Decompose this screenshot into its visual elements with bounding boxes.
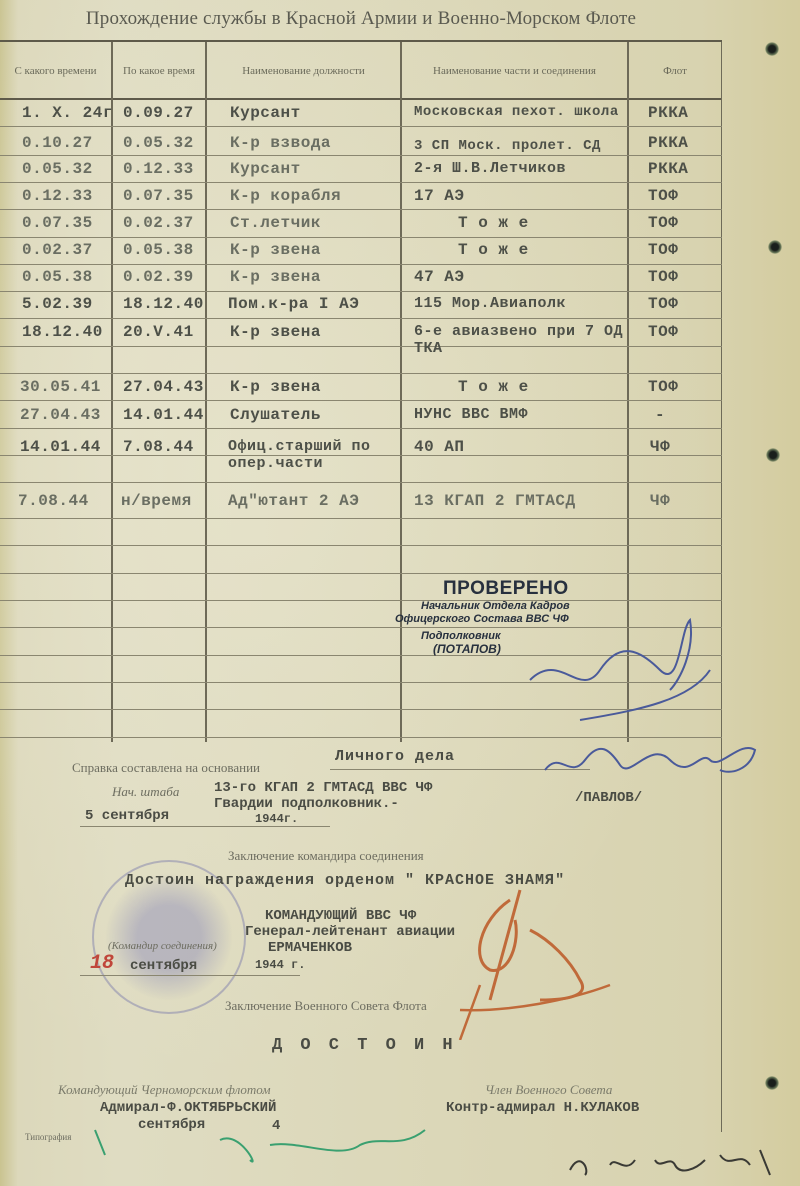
row-8-from: 18.12.40	[22, 323, 103, 341]
row-11-fleet: ЧФ	[650, 438, 670, 456]
row-9-fleet: ТОФ	[648, 378, 678, 396]
row-2-from: 0.05.32	[22, 160, 93, 178]
council-member-label: Член Военного Совета	[485, 1082, 612, 1098]
row-12-from: 7.08.44	[18, 492, 89, 510]
row-8-position: К-р звена	[230, 323, 321, 341]
reference-basis: Личного дела	[335, 748, 455, 765]
row-12-to: н/время	[121, 492, 192, 510]
reference-year: 1944г.	[255, 812, 298, 826]
chief-unit: 13-го КГАП 2 ГМТАСД ВВС ЧФ	[214, 780, 432, 796]
row-4-fleet: ТОФ	[648, 214, 678, 232]
row-8-to: 20.V.41	[123, 323, 194, 341]
row-8-unit: 6-е авиазвено при 7 ОД ТКА	[414, 323, 624, 357]
row-5-fleet: ТОФ	[648, 241, 678, 259]
row-2-unit: 2-я Ш.В.Летчиков	[414, 160, 566, 177]
reference-label: Справка составлена на основании	[72, 760, 260, 776]
row-5-unit: Т о ж е	[458, 241, 529, 259]
military-council-verdict: Д О С Т О И Н	[272, 1036, 457, 1055]
col-divider-2	[205, 42, 207, 742]
chief-label: Нач. штаба	[112, 784, 179, 800]
row-1-position: К-р взвода	[230, 134, 331, 152]
row-6-from: 0.05.38	[22, 268, 93, 286]
commander-date-month: сентября	[130, 958, 197, 974]
row-0-fleet: РККА	[648, 104, 688, 122]
council-member-name: Контр-адмирал Н.КУЛАКОВ	[446, 1100, 639, 1116]
row-9-position: К-р звена	[230, 378, 321, 396]
row-3-fleet: ТОФ	[648, 187, 678, 205]
row-7-position: Пом.к-ра I АЭ	[228, 295, 359, 313]
punch-hole	[766, 448, 780, 462]
row-3-position: К-р корабля	[230, 187, 341, 205]
row-2-to: 0.12.33	[123, 160, 194, 178]
row-4-from: 0.07.35	[22, 214, 93, 232]
commander-label: (Командир соединения)	[108, 940, 217, 952]
orange-pencil-line	[420, 980, 620, 1040]
signature-oktyabrsky	[90, 1100, 430, 1180]
commander-conclusion-label: Заключение командира соединения	[228, 848, 424, 864]
document-title: Прохождение службы в Красной Армии и Вое…	[0, 8, 722, 30]
row-8-fleet: ТОФ	[648, 323, 678, 341]
header-to: По какое время	[113, 42, 205, 100]
row-5-to: 0.05.38	[123, 241, 194, 259]
row-7-unit: 115 Мор.Авиаполк	[414, 295, 566, 312]
row-0-unit: Московская пехот. школа	[414, 104, 624, 121]
row-0-position: Курсант	[230, 104, 301, 122]
row-2-position: Курсант	[230, 160, 301, 178]
row-10-from: 27.04.43	[20, 406, 101, 424]
row-10-to: 14.01.44	[123, 406, 204, 424]
document-page: Прохождение службы в Красной Армии и Вое…	[0, 0, 800, 1186]
signature-kulakov	[560, 1140, 780, 1186]
row-11-from: 14.01.44	[20, 438, 101, 456]
page-margin-rule	[721, 42, 722, 1132]
row-9-to: 27.04.43	[123, 378, 204, 396]
row-11-position: Офиц.старший по опер.части	[228, 438, 400, 472]
header-unit: Наименование части и соединения	[402, 42, 627, 100]
row-11-unit: 40 АП	[414, 438, 465, 456]
header-from: С какого времени	[0, 42, 111, 100]
row-0-to: 0.09.27	[123, 104, 194, 122]
commander-date-underline	[80, 975, 300, 976]
row-1-fleet: РККА	[648, 134, 688, 152]
fleet-commander-label: Командующий Черноморским флотом	[58, 1082, 271, 1098]
military-council-label: Заключение Военного Совета Флота	[225, 998, 427, 1014]
row-11-to: 7.08.44	[123, 438, 194, 456]
commander-name: ЕРМАЧЕНКОВ	[268, 940, 352, 956]
punch-hole	[765, 42, 779, 56]
col-divider-1	[111, 42, 113, 742]
row-2-fleet: РККА	[648, 160, 688, 178]
chief-name: /ПАВЛОВ/	[575, 790, 642, 806]
row-6-fleet: ТОФ	[648, 268, 678, 286]
row-6-unit: 47 АЭ	[414, 268, 465, 286]
chief-rank: Гвардии подполковник.-	[214, 796, 399, 812]
row-3-to: 0.07.35	[123, 187, 194, 205]
header-position: Наименование должности	[207, 42, 400, 100]
reference-date-underline	[80, 826, 330, 827]
row-9-unit: Т о ж е	[458, 378, 529, 396]
row-7-fleet: ТОФ	[648, 295, 678, 313]
row-1-to: 0.05.32	[123, 134, 194, 152]
row-5-position: К-р звена	[230, 241, 321, 259]
row-10-fleet: -	[655, 406, 665, 424]
signature-pavlov	[540, 730, 770, 790]
row-4-to: 0.02.37	[123, 214, 194, 232]
row-7-to: 18.12.40	[123, 295, 204, 313]
row-10-unit: НУНС ВВС ВМФ	[414, 406, 528, 423]
commander-title1: КОМАНДУЮЩИЙ ВВС ЧФ	[265, 908, 416, 924]
punch-hole	[768, 240, 782, 254]
row-4-unit: Т о ж е	[458, 214, 529, 232]
header-fleet: Флот	[629, 42, 721, 100]
row-1-unit: 3 СП Моск. пролет. СД	[414, 138, 601, 154]
row-3-unit: 17 АЭ	[414, 187, 465, 205]
punch-hole	[765, 1076, 779, 1090]
row-12-position: Ад"ютант 2 АЭ	[228, 492, 359, 510]
row-10-position: Слушатель	[230, 406, 321, 424]
row-12-fleet: ЧФ	[650, 492, 670, 510]
verified-stamp-title: ПРОВЕРЕНО	[395, 578, 655, 600]
signature-potapov	[520, 610, 720, 750]
commander-date-year: 1944 г.	[255, 958, 305, 972]
row-6-to: 0.02.39	[123, 268, 194, 286]
printer-label: Типография	[25, 1132, 71, 1142]
row-7-from: 5.02.39	[22, 295, 93, 313]
row-6-position: К-р звена	[230, 268, 321, 286]
commander-date-day: 18	[90, 952, 114, 975]
reference-date: 5 сентября	[85, 808, 169, 824]
row-9-from: 30.05.41	[20, 378, 101, 396]
row-4-position: Ст.летчик	[230, 214, 321, 232]
row-0-from: 1. X. 24г	[22, 104, 113, 122]
row-5-from: 0.02.37	[22, 241, 93, 259]
row-12-unit: 13 КГАП 2 ГМТАСД	[414, 492, 576, 510]
row-1-from: 0.10.27	[22, 134, 93, 152]
row-3-from: 0.12.33	[22, 187, 93, 205]
